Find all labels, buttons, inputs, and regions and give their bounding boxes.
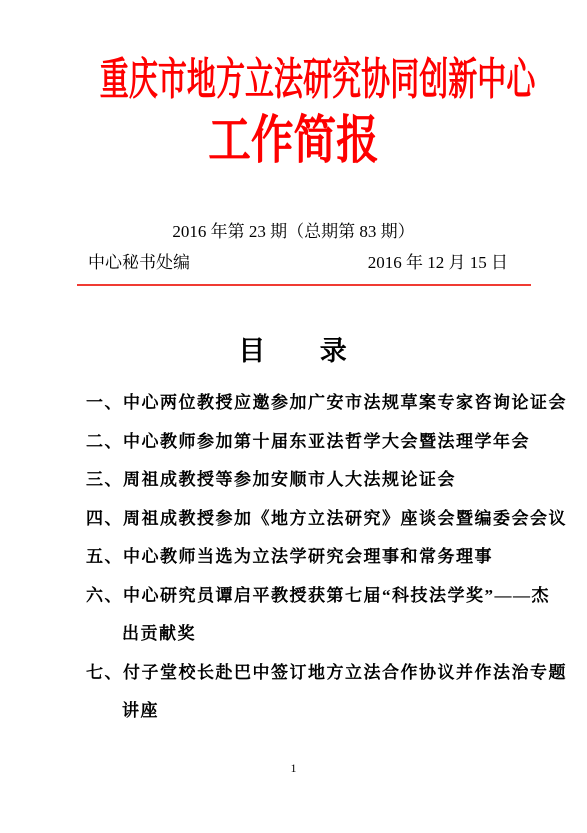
editor-date-row: 中心秘书处编 2016 年 12 月 15 日 bbox=[88, 251, 508, 275]
toc-item-7-line1: 七、付子堂校长赴巴中签订地方立法合作协议并作法治专题 bbox=[86, 654, 534, 693]
page-number: 1 bbox=[0, 760, 587, 776]
editor-label: 中心秘书处编 bbox=[88, 251, 190, 275]
issue-date: 2016 年 12 月 15 日 bbox=[368, 251, 508, 275]
masthead-title-line1: 重庆市地方立法研究协同创新中心 bbox=[100, 54, 487, 106]
toc-item-6-line1: 六、中心研究员谭启平教授获第七届“科技法学奖”——杰 bbox=[86, 577, 534, 616]
toc-item-4: 四、周祖成教授参加《地方立法研究》座谈会暨编委会会议 bbox=[86, 500, 534, 539]
toc-heading: 目 录 bbox=[0, 334, 587, 368]
masthead-divider-rule bbox=[77, 284, 531, 286]
toc-item-7-line2: 讲座 bbox=[86, 692, 534, 731]
toc-item-5: 五、中心教师当选为立法学研究会理事和常务理事 bbox=[86, 538, 534, 577]
toc-item-6-line2: 出贡献奖 bbox=[86, 615, 534, 654]
issue-line: 2016 年第 23 期（总期第 83 期） bbox=[0, 220, 587, 244]
masthead-title-line2: 工作简报 bbox=[53, 112, 534, 172]
toc-item-3: 三、周祖成教授等参加安顺市人大法规论证会 bbox=[86, 461, 534, 500]
document-page: 重庆市地方立法研究协同创新中心 工作简报 2016 年第 23 期（总期第 83… bbox=[0, 0, 587, 833]
toc-item-2: 二、中心教师参加第十届东亚法哲学大会暨法理学年会 bbox=[86, 423, 534, 462]
toc-item-1: 一、中心两位教授应邀参加广安市法规草案专家咨询论证会 bbox=[86, 384, 534, 423]
toc-list: 一、中心两位教授应邀参加广安市法规草案专家咨询论证会 二、中心教师参加第十届东亚… bbox=[86, 384, 534, 731]
